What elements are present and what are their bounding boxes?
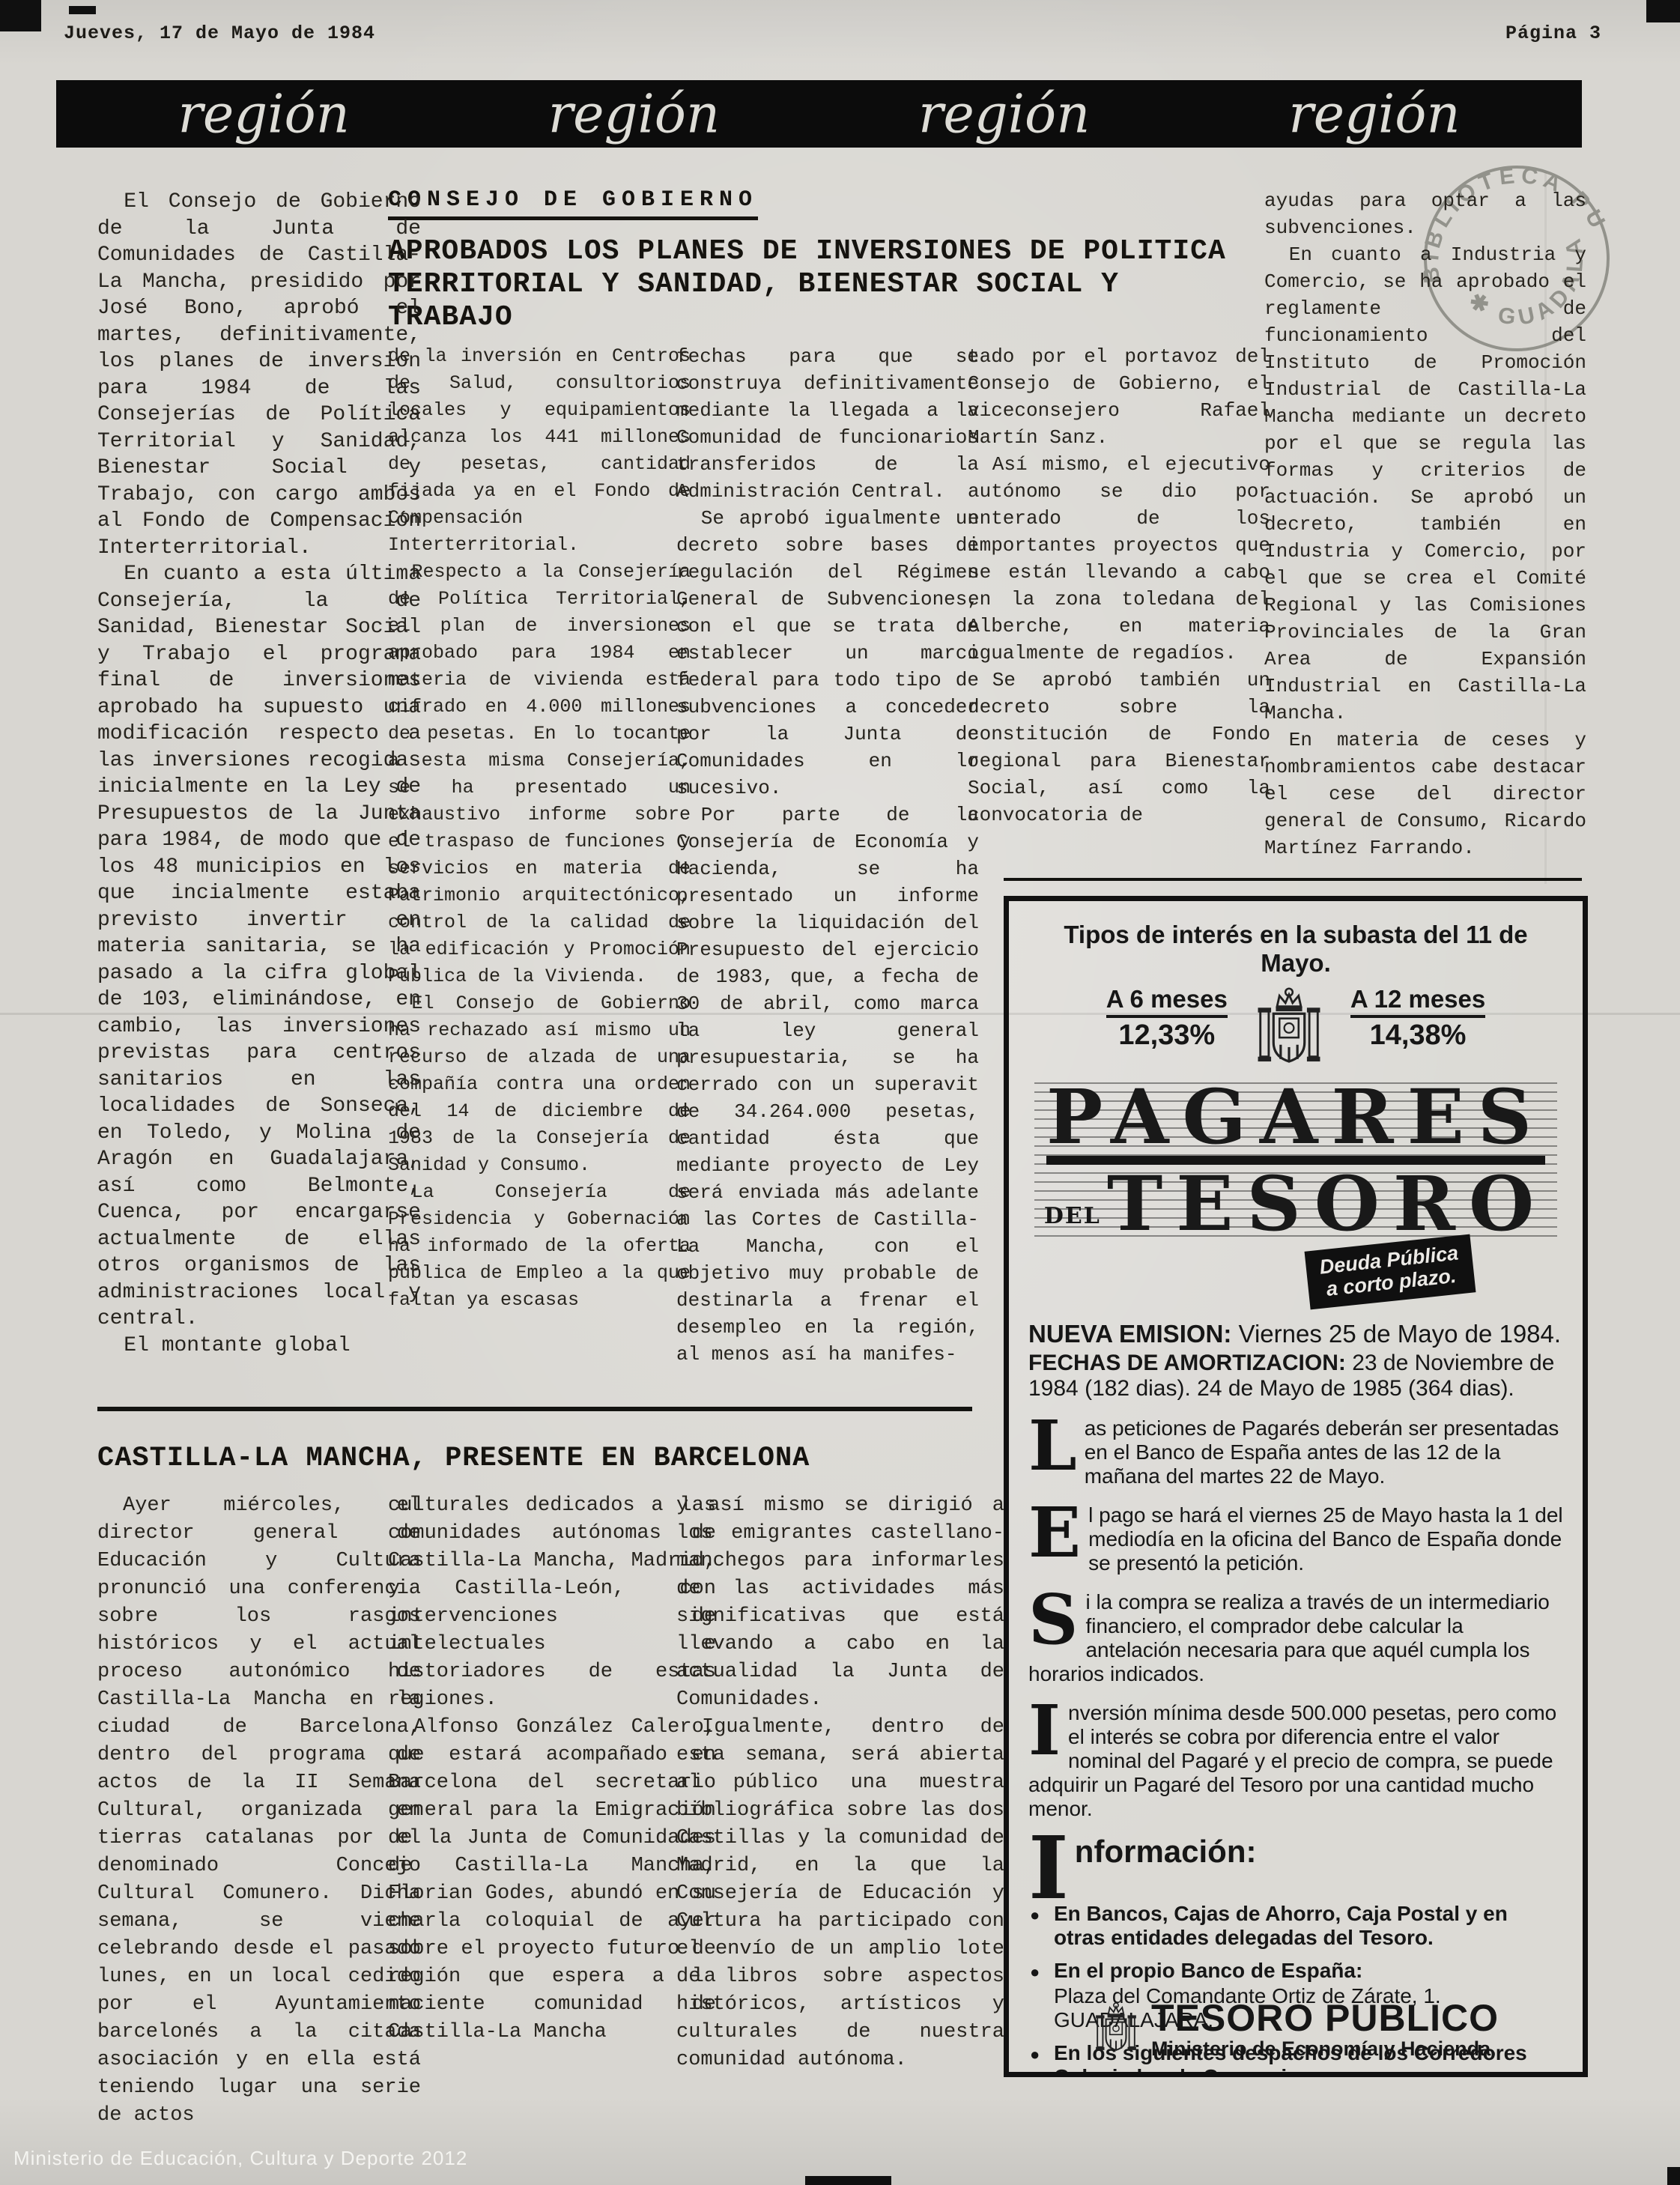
paragraph: En materia de ceses y nombramientos cabe… bbox=[1264, 727, 1586, 861]
article2-separator-rule bbox=[97, 1407, 972, 1411]
ministry-name: Ministerio de Economía y Hacienda. bbox=[1151, 2037, 1499, 2060]
paragraph: El Consejo de Gobierno de la Junta de Co… bbox=[97, 189, 421, 561]
pagares-del-tesoro-logo: PAGARES DEL TESORO bbox=[1034, 1075, 1557, 1241]
information-label: nformación: bbox=[1075, 1834, 1257, 1869]
spain-coat-of-arms-icon bbox=[1253, 985, 1325, 1073]
section-banner-word: región bbox=[1288, 87, 1460, 140]
ad-rates-row: A 6 meses 12,33% A 12 bbox=[1028, 985, 1563, 1073]
drop-cap: S bbox=[1028, 1593, 1078, 1646]
article2-column-1: Ayer miércoles, el director general de E… bbox=[97, 1492, 421, 2130]
drop-cap: L bbox=[1028, 1419, 1077, 1472]
paragraph: Ayer miércoles, el director general de E… bbox=[97, 1492, 421, 2130]
paragraph: tado por el portavoz del Consejo de Gobi… bbox=[968, 343, 1270, 451]
drop-cap: E bbox=[1028, 1506, 1081, 1559]
drop-cap: I bbox=[1028, 1704, 1061, 1757]
newspaper-page: Jueves, 17 de Mayo de 1984 Página 3 regi… bbox=[0, 0, 1680, 2185]
paragraph: En cuanto a esta última Consejería, la d… bbox=[97, 561, 421, 1333]
corner-dash-top-left bbox=[69, 6, 96, 14]
ad-paragraph: Si la compra se realiza a través de un i… bbox=[1028, 1590, 1563, 1686]
article2-headline: CASTILLA-LA MANCHA, PRESENTE EN BARCELON… bbox=[97, 1443, 810, 1474]
paragraph: La Consejería de Presidencia y Gobernaci… bbox=[388, 1179, 691, 1314]
ad-rate-6-value: 12,33% bbox=[1106, 1018, 1228, 1052]
edge-mark-bottom-right bbox=[1667, 2167, 1680, 2185]
paragraph: El montante global bbox=[97, 1333, 421, 1360]
logo-word-del: DEL bbox=[1044, 1204, 1101, 1229]
section-banner: región región región región bbox=[56, 80, 1582, 148]
article1-column-1: El Consejo de Gobierno de la Junta de Co… bbox=[97, 189, 421, 1359]
paragraph: Por parte de la Consejería de Economía y… bbox=[676, 801, 979, 1368]
paragraph: Respecto a la Consejería de Política Ter… bbox=[388, 559, 691, 990]
information-heading: Información: bbox=[1028, 1834, 1563, 1869]
paragraph: ayudas para optar a las subvenciones. bbox=[1264, 187, 1586, 241]
ad-paragraphs: Las peticiones de Pagarés deberán ser pr… bbox=[1028, 1416, 1563, 1821]
ad-rate-12-value: 14,38% bbox=[1350, 1018, 1485, 1052]
paragraph: de la inversión en Centros de Salud, con… bbox=[388, 343, 691, 559]
page-date: Jueves, 17 de Mayo de 1984 bbox=[64, 22, 375, 45]
corner-mark-top-right bbox=[1646, 0, 1680, 22]
ad-rate-6-label: A 6 meses bbox=[1106, 985, 1228, 1018]
paragraph: Se aprobó también un decreto sobre la co… bbox=[968, 667, 1270, 828]
information-bullet: En Bancos, Cajas de Ahorro, Caja Postal … bbox=[1028, 1902, 1563, 1950]
ad-paragraph: Inversión mínima desde 500.000 pesetas, … bbox=[1028, 1701, 1563, 1821]
ad-rates-header: Tipos de interés en la subasta del 11 de… bbox=[1028, 921, 1563, 978]
article1-column-5: ayudas para optar a las subvenciones.En … bbox=[1264, 187, 1586, 861]
article1-column-2: de la inversión en Centros de Salud, con… bbox=[388, 343, 691, 1314]
tesoro-publico-name: TESORO PUBLICO bbox=[1151, 1998, 1499, 2037]
ad-paragraph: El pago se hará el viernes 25 de Mayo ha… bbox=[1028, 1503, 1563, 1575]
paragraph: En cuanto a Industria y Comercio, se ha … bbox=[1264, 241, 1586, 727]
ad-rate-6-months: A 6 meses 12,33% bbox=[1106, 985, 1228, 1052]
new-emission-label: NUEVA EMISION: bbox=[1028, 1320, 1231, 1348]
information-dropcap: I bbox=[1028, 1836, 1069, 1902]
amortization-line: FECHAS DE AMORTIZACION: 23 de Noviembre … bbox=[1028, 1351, 1563, 1401]
article1-headline: APROBADOS LOS PLANES DE INVERSIONES DE P… bbox=[388, 235, 1234, 334]
paragraph: El Consejo de Gobierno ha rechazado así … bbox=[388, 990, 691, 1179]
article2-column-3: y así mismo se dirigió a los emigrantes … bbox=[676, 1492, 1004, 2074]
ad-rate-12-label: A 12 meses bbox=[1350, 985, 1485, 1018]
paragraph: culturales dedicados a las comunidades a… bbox=[388, 1492, 716, 1714]
ad-paragraph: Las peticiones de Pagarés deberán ser pr… bbox=[1028, 1416, 1563, 1488]
article2-column-2: culturales dedicados a las comunidades a… bbox=[388, 1492, 716, 2046]
amortization-label: FECHAS DE AMORTIZACION: bbox=[1028, 1351, 1346, 1375]
logo-word-tesoro: TESORO bbox=[1107, 1168, 1547, 1240]
spain-coat-of-arms-icon bbox=[1093, 2000, 1139, 2058]
bottom-dash-mark bbox=[805, 2176, 891, 2185]
logo-word-pagares: PAGARES bbox=[1039, 1081, 1553, 1153]
ad-separator-rule bbox=[1004, 878, 1582, 881]
new-emission-value: Viernes 25 de Mayo de 1984. bbox=[1231, 1320, 1561, 1348]
ad-rate-12-months: A 12 meses 14,38% bbox=[1350, 985, 1485, 1052]
tesoro-publico-footer: TESORO PUBLICO Ministerio de Economía y … bbox=[1009, 1998, 1583, 2060]
bullet-bold-text: En el propio Banco de España: bbox=[1054, 1959, 1563, 1983]
paragraph: y así mismo se dirigió a los emigrantes … bbox=[676, 1492, 1004, 1714]
corner-mark-top-left bbox=[0, 0, 41, 31]
paragraph: Alfonso González Calero, que estará acom… bbox=[388, 1714, 716, 2046]
article1-kicker: CONSEJO DE GOBIERNO bbox=[388, 187, 758, 220]
paragraph: Igualmente, dentro de esta semana, será … bbox=[676, 1714, 1004, 2074]
article1-column-4: tado por el portavoz del Consejo de Gobi… bbox=[968, 343, 1270, 828]
bullet-bold-text: En Bancos, Cajas de Ahorro, Caja Postal … bbox=[1054, 1902, 1563, 1950]
section-banner-word: región bbox=[918, 87, 1090, 140]
article1-column-3: fechas para que se construya definitivam… bbox=[676, 343, 979, 1368]
section-banner-word: región bbox=[548, 87, 720, 140]
paragraph: Así mismo, el ejecutivo autónomo se dio … bbox=[968, 451, 1270, 667]
digitization-watermark: Ministerio de Educación, Cultura y Depor… bbox=[13, 2147, 467, 2169]
new-emission-line: NUEVA EMISION: Viernes 25 de Mayo de 198… bbox=[1028, 1321, 1563, 1348]
section-banner-word: región bbox=[178, 87, 349, 140]
paragraph: Se aprobó igualmente un decreto sobre ba… bbox=[676, 505, 979, 801]
page-number: Página 3 bbox=[1505, 22, 1601, 45]
paragraph: fechas para que se construya definitivam… bbox=[676, 343, 979, 505]
treasury-ad-box: Tipos de interés en la subasta del 11 de… bbox=[1004, 896, 1588, 2077]
